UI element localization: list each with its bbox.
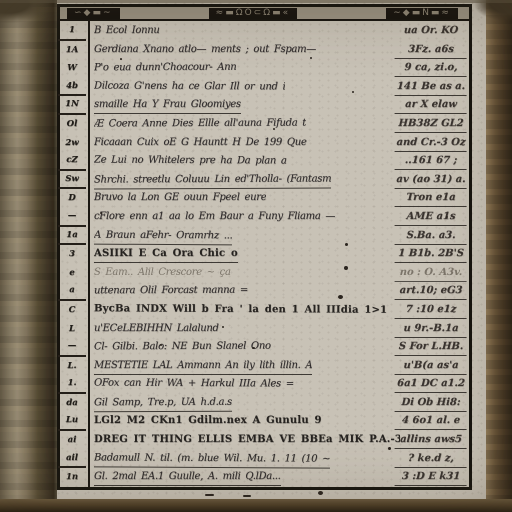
ledger-photo: ∽◆▬~ ≈▬ΩO⊂Ω▬« ∼◆▬N▬≈ 1 B Ecol Ionnu ua O… — [0, 0, 512, 512]
photo-vignette — [0, 0, 512, 512]
